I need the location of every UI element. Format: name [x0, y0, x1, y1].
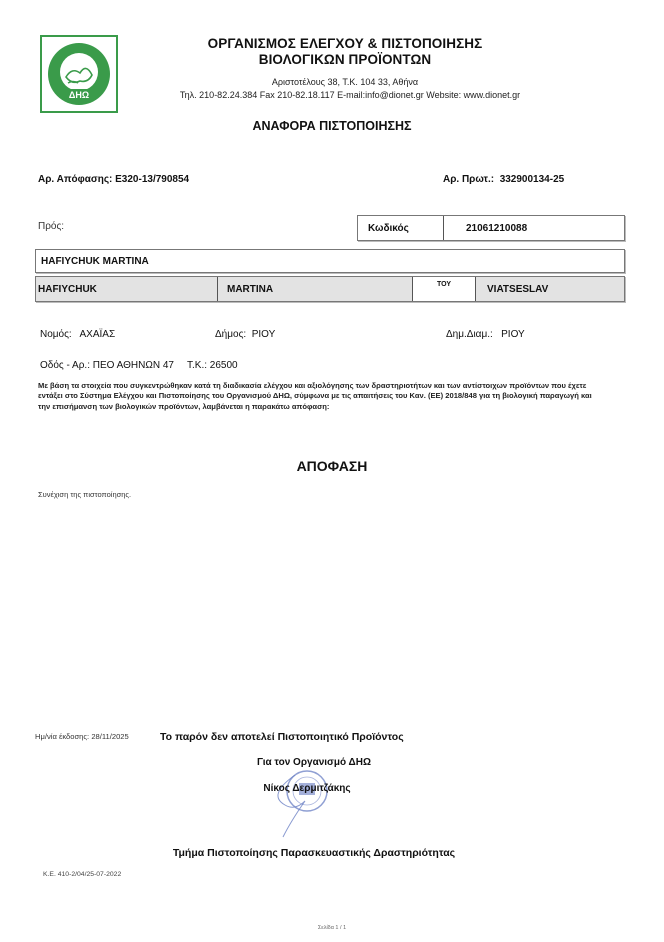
recipient-full-name: HAFIYCHUK MARTINA: [35, 249, 625, 273]
svg-text:ΔΗΩ: ΔΗΩ: [69, 90, 89, 100]
protocol-number: Αρ. Πρωτ.: 332900134-25: [443, 174, 564, 185]
recipient-name-row: HAFIYCHUK MARTINA ΤΟΥ VIATSESLAV: [35, 276, 625, 302]
organization-name: ΟΡΓΑΝΙΣΜΟΣ ΕΛΕΓΧΟΥ & ΠΙΣΤΟΠΟΙΗΣΗΣ ΒΙΟΛΟΓ…: [150, 36, 540, 68]
decision-number: Αρ. Απόφασης: Ε320-13/790854: [38, 174, 189, 185]
organization-name-line2: ΒΙΟΛΟΓΙΚΩΝ ΠΡΟΪΟΝΤΩΝ: [150, 52, 540, 68]
postal-label: Τ.Κ.:: [187, 360, 207, 371]
municipality-label: Δήμος:: [215, 329, 246, 340]
district-value: ΡΙΟΥ: [501, 329, 525, 340]
organization-contact: Τηλ. 210-82.24.384 Fax 210-82.18.117 E-m…: [140, 89, 560, 101]
signer-name: Νίκος Δερμιτζάκης: [0, 783, 614, 794]
prefecture-label: Νομός:: [40, 329, 72, 340]
department-name: Τμήμα Πιστοποίησης Παρασκευαστικής Δραστ…: [0, 847, 628, 859]
organization-logo: ΔΗΩ: [40, 35, 118, 113]
body-paragraph: Με βάση τα στοιχεία που συγκεντρώθηκαν κ…: [38, 381, 598, 412]
code-value: 21061210088: [444, 216, 624, 240]
street: Οδός - Αρ.: ΠΕΟ ΑΘΗΝΩΝ 47: [40, 360, 174, 371]
decision-title: ΑΠΟΦΑΣΗ: [0, 458, 664, 474]
prefecture-value: ΑΧΑΪΑΣ: [80, 329, 116, 340]
issue-date-label: Ημ/νία έκδοσης:: [35, 732, 89, 741]
protocol-value: 332900134-25: [500, 174, 565, 185]
postal-code: Τ.Κ.: 26500: [187, 360, 238, 371]
protocol-label: Αρ. Πρωτ.:: [443, 174, 494, 185]
issue-date-value: 28/11/2025: [91, 732, 128, 741]
first-name: MARTINA: [218, 277, 413, 301]
document-code: Κ.Ε. 410-2/04/25-07-2022: [43, 871, 121, 878]
municipality: Δήμος: ΡΙΟΥ: [215, 329, 275, 340]
official-stamp-signature-icon: [265, 765, 345, 845]
street-value: ΠΕΟ ΑΘΗΝΩΝ 47: [93, 360, 174, 371]
father-name: VIATSESLAV: [475, 277, 624, 301]
organization-address: Αριστοτέλους 38, Τ.Κ. 104 33, Αθήνα: [150, 76, 540, 88]
for-organization: Για τον Οργανισμό ΔΗΩ: [0, 757, 628, 768]
code-label: Κωδικός: [358, 216, 444, 240]
surname: HAFIYCHUK: [36, 277, 218, 301]
recipient-code-box: Κωδικός 21061210088: [357, 215, 625, 241]
district: Δημ.Διαμ.: ΡΙΟΥ: [446, 329, 525, 340]
issue-date: Ημ/νία έκδοσης: 28/11/2025: [35, 732, 129, 741]
district-label: Δημ.Διαμ.:: [446, 329, 493, 340]
postal-value: 26500: [210, 360, 238, 371]
street-label: Οδός - Αρ.:: [40, 360, 90, 371]
dio-organization-logo-icon: ΔΗΩ: [44, 39, 114, 109]
report-title: ΑΝΑΦΟΡΑ ΠΙΣΤΟΠΟΙΗΣΗΣ: [0, 119, 664, 133]
page-number: Σελίδα 1 / 1: [0, 925, 664, 931]
decision-text: Συνέχιση της πιστοποίησης.: [38, 490, 131, 499]
not-certificate-notice: Το παρόν δεν αποτελεί Πιστοποιητικό Προϊ…: [160, 731, 404, 743]
prefecture: Νομός: ΑΧΑΪΑΣ: [40, 329, 115, 340]
of-label: ΤΟΥ: [413, 277, 475, 301]
municipality-value: ΡΙΟΥ: [252, 329, 276, 340]
to-label: Πρός:: [38, 221, 64, 232]
organization-name-line1: ΟΡΓΑΝΙΣΜΟΣ ΕΛΕΓΧΟΥ & ΠΙΣΤΟΠΟΙΗΣΗΣ: [150, 36, 540, 52]
